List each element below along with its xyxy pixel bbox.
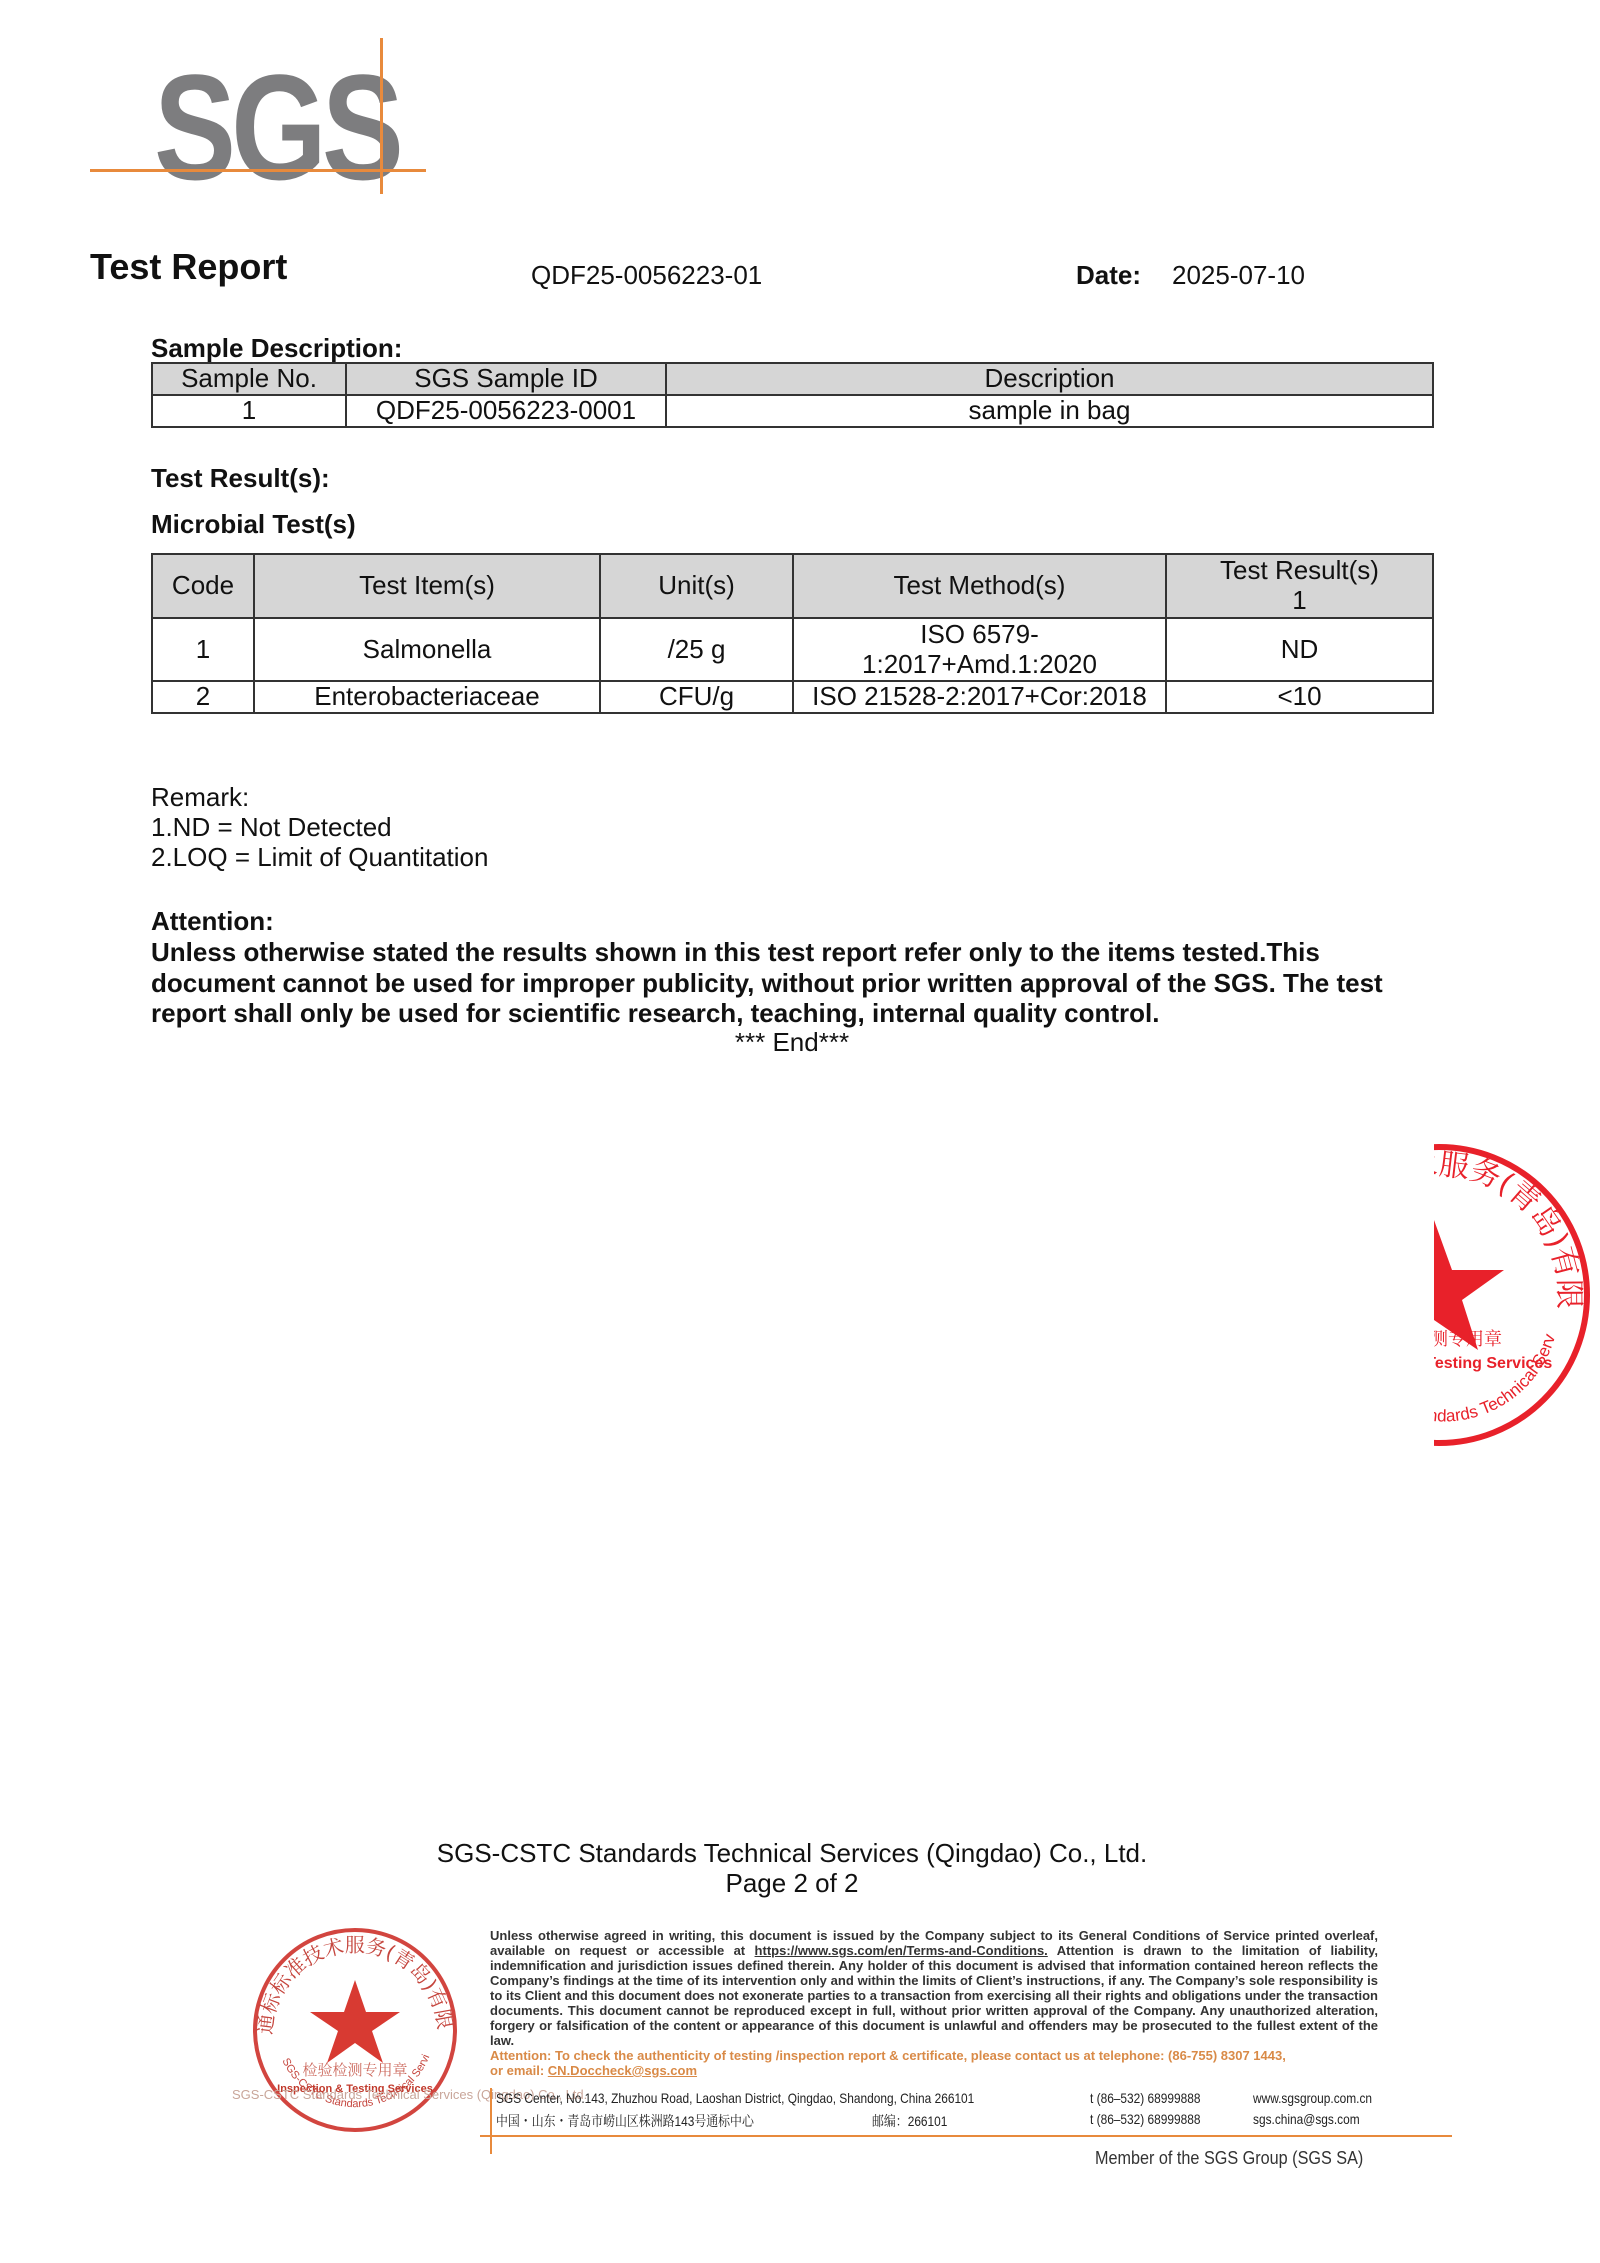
address-divider-horizontal — [480, 2135, 1452, 2137]
method-line: 1:2017+Amd.1:2020 — [794, 650, 1165, 680]
footer-seal: 检验检测专用章 Inspection & Testing Services 通标… — [250, 1925, 460, 2135]
column-header: Test Method(s) — [793, 554, 1166, 618]
column-header: Test Result(s) 1 — [1166, 554, 1433, 618]
member-statement: Member of the SGS Group (SGS SA) — [1095, 2148, 1363, 2169]
test-item-cell: Enterobacteriaceae — [254, 681, 600, 713]
unit-cell: /25 g — [600, 618, 793, 681]
authenticity-text: Attention: To check the authenticity of … — [490, 2048, 1390, 2063]
remark-title: Remark: — [151, 782, 488, 812]
address-cn: 中国・山东・青岛市崂山区株洲路143号通标中心 — [496, 2111, 754, 2131]
attention-body: Unless otherwise stated the results show… — [151, 937, 1451, 1029]
sample-description-heading: Sample Description: — [151, 333, 402, 364]
terms-link[interactable]: https://www.sgs.com/en/Terms-and-Conditi… — [755, 1943, 1048, 1958]
method-cell: ISO 6579- 1:2017+Amd.1:2020 — [793, 618, 1166, 681]
svg-text:检验检测专用章: 检验检测专用章 — [1434, 1329, 1502, 1350]
page-number: Page 2 of 2 — [0, 1868, 1584, 1899]
remark-block: Remark: 1.ND = Not Detected 2.LOQ = Limi… — [151, 782, 488, 872]
sgs-logo: SGS — [88, 38, 428, 198]
result-header-sample: 1 — [1167, 586, 1432, 616]
microbial-test-table: Code Test Item(s) Unit(s) Test Method(s)… — [151, 553, 1434, 714]
phone-2: t (86–532) 68999888 — [1090, 2111, 1201, 2127]
postcode-cn: 邮编：266101 — [872, 2111, 947, 2131]
date-label: Date: — [1076, 260, 1141, 291]
result-cell: ND — [1166, 618, 1433, 681]
code-cell: 2 — [152, 681, 254, 713]
svg-text:检验检测专用章: 检验检测专用章 — [302, 2061, 407, 2079]
sample-id-cell: QDF25-0056223-0001 — [346, 395, 666, 427]
logo-text: SGS — [154, 52, 399, 202]
address-en: SGS Center, No.143, Zhuzhou Road, Laosha… — [496, 2090, 974, 2106]
attention-title: Attention: — [151, 906, 274, 937]
footer-company-name: SGS-CSTC Standards Technical Services (Q… — [0, 1838, 1584, 1869]
column-header: Unit(s) — [600, 554, 793, 618]
result-cell: <10 — [1166, 681, 1433, 713]
column-header: Sample No. — [152, 363, 346, 395]
phone-1: t (86–532) 68999888 — [1090, 2090, 1201, 2106]
column-header: Description — [666, 363, 1433, 395]
date-value: 2025-07-10 — [1172, 260, 1305, 291]
unit-cell: CFU/g — [600, 681, 793, 713]
table-row: 1 QDF25-0056223-0001 sample in bag — [152, 395, 1433, 427]
logo-horizontal-line — [90, 169, 426, 172]
method-line: ISO 6579- — [794, 620, 1165, 650]
remark-item: 2.LOQ = Limit of Quantitation — [151, 842, 488, 872]
table-row: 1 Salmonella /25 g ISO 6579- 1:2017+Amd.… — [152, 618, 1433, 681]
test-results-heading: Test Result(s): — [151, 463, 330, 494]
end-marker: *** End*** — [0, 1027, 1584, 1058]
remark-item: 1.ND = Not Detected — [151, 812, 488, 842]
column-header: Code — [152, 554, 254, 618]
legal-text: Attention is drawn to the limitation of … — [490, 1943, 1378, 2048]
column-header: Test Item(s) — [254, 554, 600, 618]
page-title: Test Report — [90, 246, 287, 288]
code-cell: 1 — [152, 618, 254, 681]
method-cell: ISO 21528-2:2017+Cor:2018 — [793, 681, 1166, 713]
company-seal-partial: 检验检测专用章 Inspection & Testing Services 通标… — [1434, 1140, 1600, 1450]
logo-vertical-line — [380, 38, 383, 194]
address-divider-vertical — [490, 2088, 492, 2154]
column-header: SGS Sample ID — [346, 363, 666, 395]
result-header-label: Test Result(s) — [1167, 556, 1432, 586]
sample-description-table: Sample No. SGS Sample ID Description 1 Q… — [151, 362, 1434, 428]
test-item-cell: Salmonella — [254, 618, 600, 681]
table-row: 2 Enterobacteriaceae CFU/g ISO 21528-2:2… — [152, 681, 1433, 713]
doccheck-email-link[interactable]: CN.Doccheck@sgs.com — [548, 2063, 697, 2078]
website-link[interactable]: www.sgsgroup.com.cn — [1253, 2090, 1372, 2106]
authenticity-notice: Attention: To check the authenticity of … — [490, 2048, 1390, 2078]
sample-no-cell: 1 — [152, 395, 346, 427]
description-cell: sample in bag — [666, 395, 1433, 427]
legal-disclaimer: Unless otherwise agreed in writing, this… — [490, 1928, 1378, 2048]
email-prefix: or email: — [490, 2063, 548, 2078]
contact-email-link[interactable]: sgs.china@sgs.com — [1253, 2111, 1360, 2127]
report-number: QDF25-0056223-01 — [531, 260, 762, 291]
microbial-tests-heading: Microbial Test(s) — [151, 509, 356, 540]
